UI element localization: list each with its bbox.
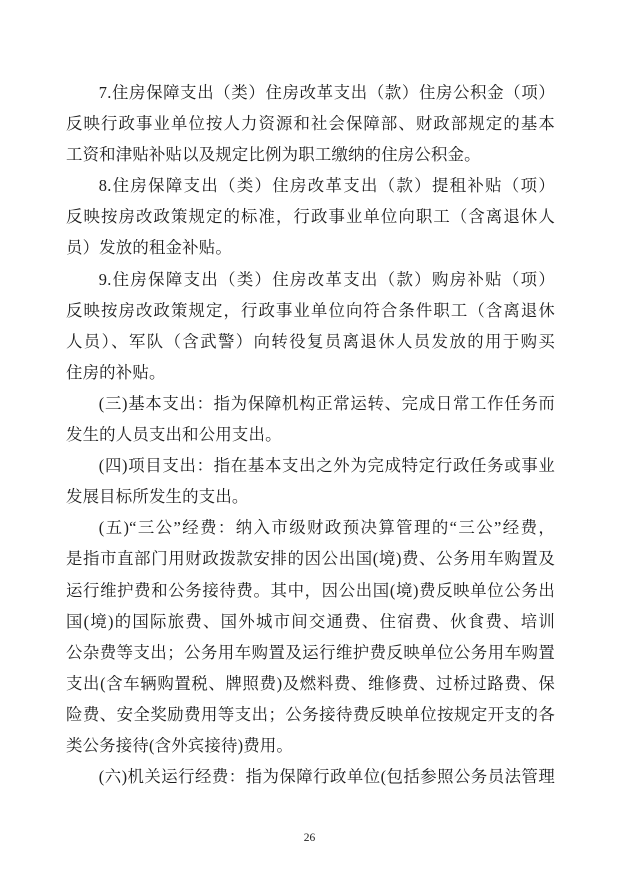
text-line: 工资和津贴补贴以及规定比例为职工缴纳的住房公积金。 [66, 139, 555, 170]
text-line: 8.住房保障支出（类）住房改革支出（款）提租补贴（项） [66, 170, 555, 201]
text-line: 人员）、军队（含武警）向转役复员离退休人员发放的用于购买 [66, 326, 555, 357]
text-line: 反映行政事业单位按人力资源和社会保障部、财政部规定的基本 [66, 108, 555, 139]
text-line: (六)机关运行经费：指为保障行政单位(包括参照公务员法管理 [66, 761, 555, 792]
text-line: 运行维护费和公务接待费。其中，因公出国(境)费反映单位公务出 [66, 575, 555, 606]
text-line: (五)“三公”经费：纳入市级财政预决算管理的“三公”经费， [66, 512, 555, 543]
text-line: 类公务接待(含外宾接待)费用。 [66, 730, 555, 761]
text-line: 发生的人员支出和公用支出。 [66, 419, 555, 450]
text-line: 国(境)的国际旅费、国外城市间交通费、住宿费、伙食费、培训费、 [66, 606, 555, 637]
paragraph: 8.住房保障支出（类）住房改革支出（款）提租补贴（项）反映按房改政策规定的标准，… [66, 170, 555, 263]
text-line: (三)基本支出：指为保障机构正常运转、完成日常工作任务而 [66, 388, 555, 419]
page-number: 26 [304, 832, 316, 844]
paragraph: (六)机关运行经费：指为保障行政单位(包括参照公务员法管理 [66, 761, 555, 792]
paragraph: (五)“三公”经费：纳入市级财政预决算管理的“三公”经费，是指市直部门用财政拨款… [66, 512, 555, 761]
text-line: 住房的补贴。 [66, 357, 555, 388]
text-line: 是指市直部门用财政拨款安排的因公出国(境)费、公务用车购置及 [66, 543, 555, 574]
paragraph: 7.住房保障支出（类）住房改革支出（款）住房公积金（项）反映行政事业单位按人力资… [66, 77, 555, 170]
text-line: 公杂费等支出；公务用车购置及运行维护费反映单位公务用车购置 [66, 637, 555, 668]
page-footer: 26 [0, 828, 619, 846]
paragraph: 9.住房保障支出（类）住房改革支出（款）购房补贴（项）反映按房改政策规定，行政事… [66, 264, 555, 388]
text-line: 7.住房保障支出（类）住房改革支出（款）住房公积金（项） [66, 77, 555, 108]
paragraph: (三)基本支出：指为保障机构正常运转、完成日常工作任务而发生的人员支出和公用支出… [66, 388, 555, 450]
text-line: 险费、安全奖励费用等支出；公务接待费反映单位按规定开支的各 [66, 699, 555, 730]
document-body: 7.住房保障支出（类）住房改革支出（款）住房公积金（项）反映行政事业单位按人力资… [66, 77, 555, 792]
text-line: (四)项目支出：指在基本支出之外为完成特定行政任务或事业 [66, 450, 555, 481]
document-page: 7.住房保障支出（类）住房改革支出（款）住房公积金（项）反映行政事业单位按人力资… [0, 0, 619, 875]
paragraph: (四)项目支出：指在基本支出之外为完成特定行政任务或事业发展目标所发生的支出。 [66, 450, 555, 512]
text-line: 9.住房保障支出（类）住房改革支出（款）购房补贴（项） [66, 264, 555, 295]
text-line: 反映按房改政策规定，行政事业单位向符合条件职工（含离退休 [66, 295, 555, 326]
text-line: 支出(含车辆购置税、牌照费)及燃料费、维修费、过桥过路费、保 [66, 668, 555, 699]
text-line: 员）发放的租金补贴。 [66, 232, 555, 263]
text-line: 发展目标所发生的支出。 [66, 481, 555, 512]
text-line: 反映按房改政策规定的标准，行政事业单位向职工（含离退休人 [66, 201, 555, 232]
